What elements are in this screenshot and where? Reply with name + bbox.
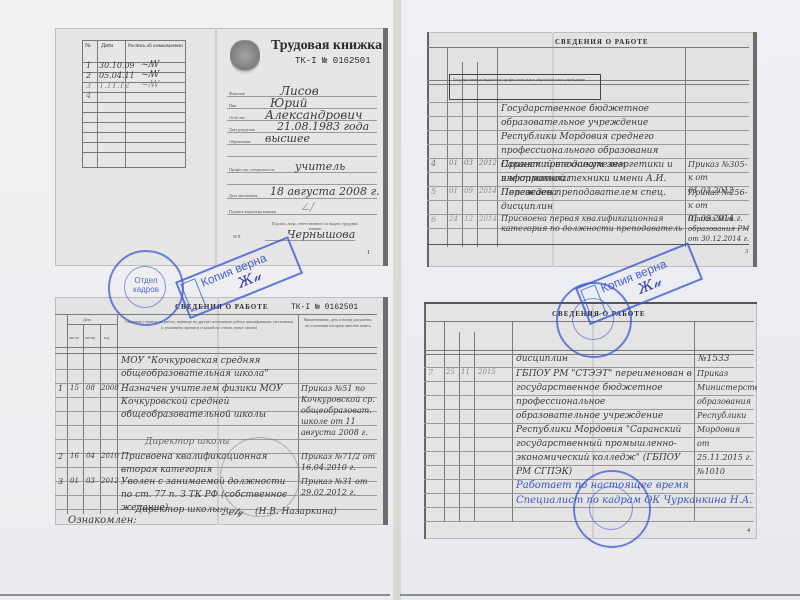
entry-month: 04	[86, 452, 95, 460]
field-label-patronymic: Отчество	[229, 115, 245, 120]
entry-info: ГБПОУ РМ "СТЭЭТ" переименован в государс…	[516, 367, 692, 479]
closing-signer-name: (Н.В. Назаркина)	[255, 507, 337, 517]
entry-year: 2008	[101, 384, 119, 392]
closing-signer-title: Директор школы:	[135, 505, 223, 515]
entry-day: 16	[70, 452, 79, 460]
scan-title-page: № Дата Роспись об ознакомлении 1 30.10.0…	[55, 28, 388, 266]
coat-of-arms-emblem	[230, 40, 260, 74]
field-label-owner-signature: Подпись владельца книжки	[229, 209, 276, 214]
entry-year: 2012	[101, 477, 119, 485]
entry-basis: №1533	[698, 354, 729, 364]
page-number: 3	[745, 249, 748, 255]
ack-header-num: №	[85, 43, 91, 49]
section-series-number: ТК-I № 0162501	[291, 303, 358, 312]
scan-work-records-page-1: СВЕДЕНИЯ О РАБОТЕ ТК-I № 0162501 Дата чи…	[55, 297, 388, 525]
entry-basis: Приказ №31 от 29.02.2012 г.	[301, 476, 376, 498]
entry-day: 01	[449, 159, 458, 167]
entry-month: 12	[464, 215, 473, 223]
field-label-profession: Профессия, специальность	[229, 167, 275, 172]
entry-info: Переведен преподавателем спец. дисциплин	[501, 186, 683, 214]
entry-basis: Приказ Министерства образования Республи…	[697, 367, 755, 479]
ack-row-date: 1.11.12	[99, 81, 130, 90]
entry-info: Назначен учителем физики МОУ Кочкуровско…	[121, 383, 296, 422]
entry-month: 11	[461, 368, 470, 376]
entry-number: 3	[58, 477, 63, 486]
entry-basis: Приказ №51 по Кочкуровской ср. общеобраз…	[301, 383, 376, 438]
book-title: Трудовая книжка	[271, 38, 382, 54]
ack-row-num: 1	[86, 61, 91, 70]
entry-day: 15	[70, 384, 79, 392]
entry-info: Принят преподавателем информатики	[501, 158, 683, 186]
entry-basis: Приказ Мин. образования РМ от 30.12.2014…	[688, 214, 750, 244]
scan-work-records-page-2: СВЕДЕНИЯ О РАБОТЕ Государственное бюджет…	[427, 32, 757, 267]
col-header-month: месяц	[85, 335, 95, 340]
entry-day: 25	[446, 368, 455, 376]
ack-row-num: 4	[86, 91, 91, 100]
col-header-date: Дата	[83, 317, 91, 322]
field-label-name: Имя	[229, 103, 236, 108]
acknowledged-label: Ознакомлен:	[68, 515, 137, 526]
entry-info: МОУ "Кочкуровская средняя общеобразовате…	[121, 355, 291, 381]
entry-number: 6	[431, 215, 436, 224]
ack-row-signature: ~ꟿ	[141, 60, 159, 70]
closing-signature: ℬℯ𝓁𝓎	[220, 507, 243, 518]
field-value-education: высшее	[265, 132, 310, 145]
entry-month: 08	[86, 384, 95, 392]
left-sheet-edge	[0, 594, 390, 596]
entry-day: 01	[70, 477, 79, 485]
responsible-name: Чернышова	[287, 228, 355, 241]
right-sheet-edge	[400, 594, 800, 596]
entry-year: 2010	[101, 452, 119, 460]
col-header-year: год	[104, 335, 109, 340]
entry-year: 2012	[479, 159, 497, 167]
ack-row-signature: ~ꟿ	[141, 70, 159, 80]
owner-signature: ∠∕	[300, 200, 314, 214]
entry-number: 7	[428, 368, 433, 377]
entry-year: 2014	[479, 215, 497, 223]
col-header-basis: Наименование, дата и номер документа, на…	[303, 317, 373, 329]
ack-header-sign: Роспись об ознакомлении	[128, 43, 183, 50]
ack-row-num: 2	[86, 71, 91, 80]
field-label-birthdate: Дата рождения	[229, 127, 255, 132]
entry-number: 5	[431, 187, 436, 196]
entry-year: 2015	[478, 368, 496, 376]
ack-header-date: Дата	[101, 43, 113, 49]
entry-number: 1	[58, 384, 63, 393]
field-label-education: Образование	[229, 139, 251, 144]
entry-month: 03	[86, 477, 95, 485]
entry-info: дисциплин	[516, 354, 568, 364]
ack-row-date: 05.04.11	[99, 71, 135, 80]
organization-round-stamp	[573, 470, 651, 548]
entry-info: Директор школы	[145, 437, 230, 447]
field-value-profession: учитель	[295, 160, 345, 173]
entry-month: 09	[464, 187, 473, 195]
field-label-surname: Фамилия	[229, 91, 245, 96]
page-number: 1	[367, 250, 370, 256]
entry-month: 03	[464, 159, 473, 167]
acknowledgement-table: № Дата Роспись об ознакомлении 1 30.10.0…	[82, 40, 186, 168]
field-value-fill-date: 18 августа 2008 г.	[270, 185, 380, 198]
book-series-number: ТК-I № 0162501	[295, 56, 371, 66]
field-label-fill-date: Дата заполнения	[229, 193, 257, 198]
entry-year: 2014	[479, 187, 497, 195]
page-number: 4	[747, 528, 750, 534]
entry-day: 24	[449, 215, 458, 223]
ack-row-date: 30.10.09	[99, 61, 135, 70]
entry-day: 01	[449, 187, 458, 195]
entry-basis: Приказ №71/2 от 16.04.2010 г.	[301, 451, 376, 473]
organization-stamp: Государственное бюджетное профессиональн…	[449, 74, 601, 100]
school-seal	[220, 437, 300, 517]
section-heading: СВЕДЕНИЯ О РАБОТЕ	[555, 38, 649, 46]
ack-row-signature: ~ꟿ	[141, 80, 159, 90]
col-header-day: число	[69, 335, 79, 340]
mp-label: М.П.	[233, 234, 241, 239]
entry-info: Присвоена первая квалификационная катего…	[501, 214, 683, 234]
hr-department-round-stamp: Отдел кадров	[108, 250, 184, 326]
entry-number: 2	[58, 452, 63, 461]
entry-number: 4	[431, 159, 436, 168]
ack-row-num: 3	[86, 81, 91, 90]
